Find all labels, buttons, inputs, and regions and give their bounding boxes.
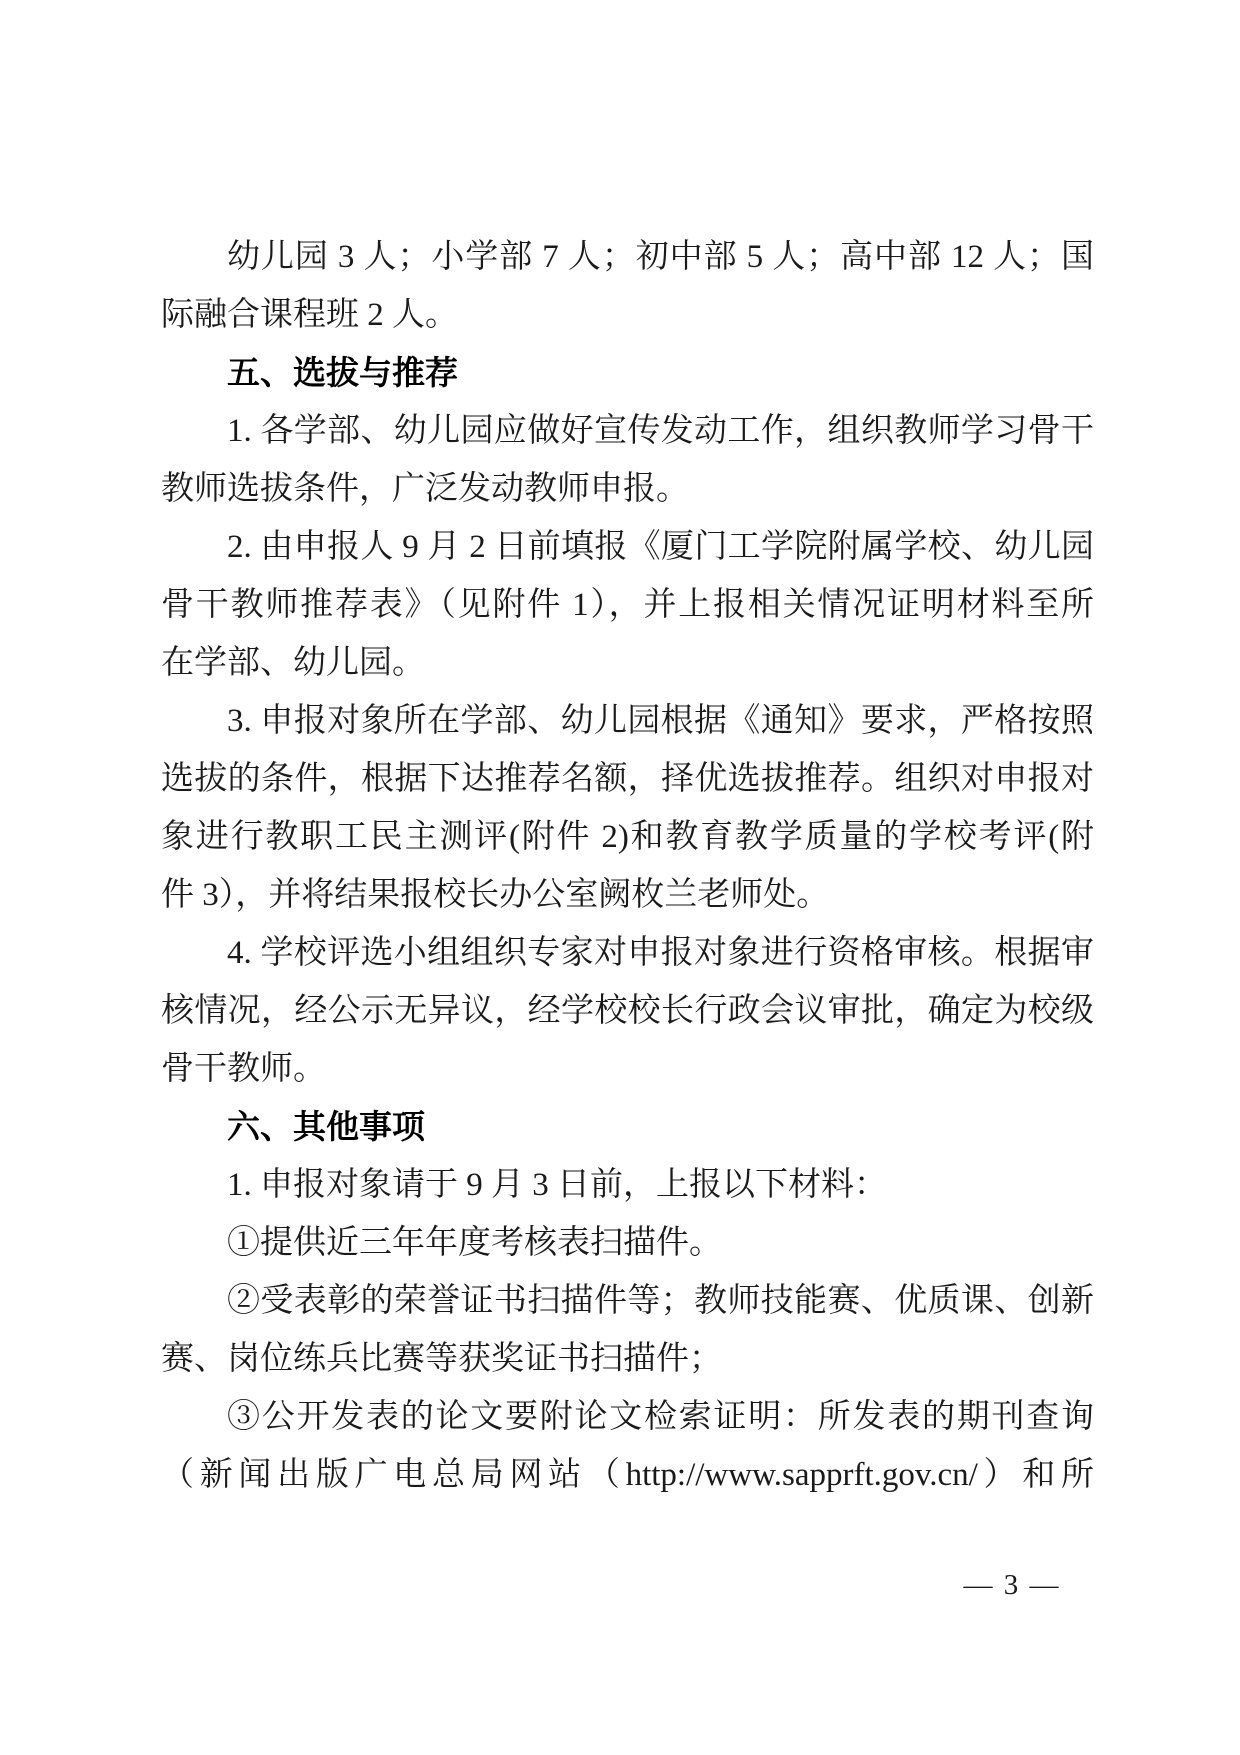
document-line: 核情况，经公示无异议，经学校校长行政会议审批，确定为校级 xyxy=(161,982,1094,1040)
section-heading-6: 六、其他事项 xyxy=(161,1098,1094,1156)
document-line: ③公开发表的论文要附论文检索证明：所发表的期刊查询 xyxy=(161,1388,1094,1446)
document-line: 3. 申报对象所在学部、幼儿园根据《通知》要求，严格按照 xyxy=(161,692,1094,750)
document-line: 1. 申报对象请于 9 月 3 日前，上报以下材料： xyxy=(161,1156,1094,1214)
document-line: 象进行教职工民主测评(附件 2)和教育教学质量的学校考评(附 xyxy=(161,808,1094,866)
document-line: 骨干教师。 xyxy=(161,1040,1094,1098)
section-heading-5: 五、选拔与推荐 xyxy=(161,344,1094,402)
document-line: 骨干教师推荐表》（见附件 1），并上报相关情况证明材料至所 xyxy=(161,576,1094,634)
document-line: 际融合课程班 2 人。 xyxy=(161,286,1094,344)
document-page: 幼儿园 3 人；小学部 7 人；初中部 5 人；高中部 12 人；国 际融合课程… xyxy=(0,0,1240,1755)
document-line: 幼儿园 3 人；小学部 7 人；初中部 5 人；高中部 12 人；国 xyxy=(161,228,1094,286)
document-line: 件 3），并将结果报校长办公室阙枚兰老师处。 xyxy=(161,866,1094,924)
document-line: 教师选拔条件，广泛发动教师申报。 xyxy=(161,460,1094,518)
document-line: （新闻出版广电总局网站（http://www.sapprft.gov.cn/）和… xyxy=(161,1446,1094,1504)
document-line: 选拔的条件，根据下达推荐名额，择优选拔推荐。组织对申报对 xyxy=(161,750,1094,808)
document-line: 在学部、幼儿园。 xyxy=(161,634,1094,692)
document-line: 赛、岗位练兵比赛等获奖证书扫描件； xyxy=(161,1330,1094,1388)
document-line: 4. 学校评选小组组织专家对申报对象进行资格审核。根据审 xyxy=(161,924,1094,982)
document-line: 1. 各学部、幼儿园应做好宣传发动工作，组织教师学习骨干 xyxy=(161,402,1094,460)
document-line: ①提供近三年年度考核表扫描件。 xyxy=(161,1214,1094,1272)
document-line: ②受表彰的荣誉证书扫描件等；教师技能赛、优质课、创新 xyxy=(161,1272,1094,1330)
document-line: 2. 由申报人 9 月 2 日前填报《厦门工学院附属学校、幼儿园 xyxy=(161,518,1094,576)
document-body: 幼儿园 3 人；小学部 7 人；初中部 5 人；高中部 12 人；国 际融合课程… xyxy=(161,228,1094,1504)
page-number: — 3 — xyxy=(912,1568,1112,1602)
